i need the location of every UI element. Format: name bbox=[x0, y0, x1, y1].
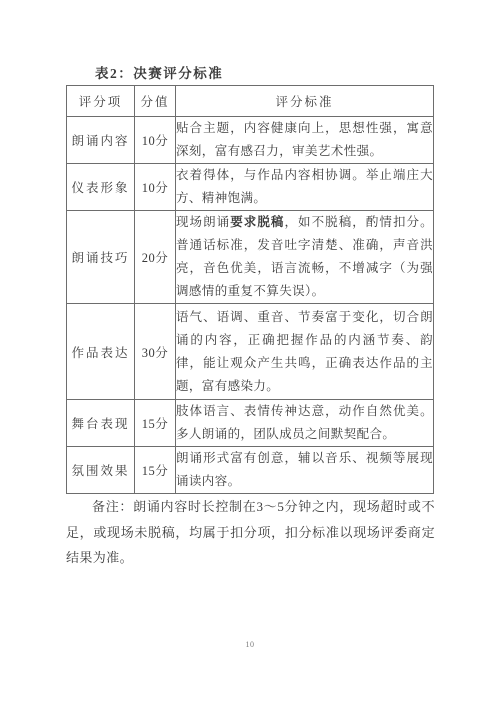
row-score-value: 20分 bbox=[135, 211, 176, 304]
scoring-criteria-table: 评分项 分值 评分标准 朗诵内容 10分 贴合主题，内容健康向上，思想性强，寓意… bbox=[66, 85, 434, 494]
row-criteria-text: 朗诵形式富有创意，辅以音乐、视频等展现诵读内容。 bbox=[176, 447, 434, 494]
header-score: 分值 bbox=[135, 86, 176, 117]
table-row: 氛围效果 15分 朗诵形式富有创意，辅以音乐、视频等展现诵读内容。 bbox=[67, 447, 434, 494]
header-criteria: 评分标准 bbox=[176, 86, 434, 117]
table-row: 朗诵内容 10分 贴合主题，内容健康向上，思想性强，寓意深刻，富有感召力，审美艺… bbox=[67, 117, 434, 164]
row-criteria-text: 衣着得体，与作品内容相协调。举止端庄大方、精神饱满。 bbox=[176, 164, 434, 211]
criteria-segment: 现场朗诵 bbox=[176, 215, 230, 229]
row-score-value: 10分 bbox=[135, 117, 176, 164]
row-item-label: 朗诵技巧 bbox=[67, 211, 135, 304]
document-page: 表2：决赛评分标准 评分项 分值 评分标准 朗诵内容 10分 贴合主题，内容健康… bbox=[0, 0, 500, 707]
table-row: 朗诵技巧 20分 现场朗诵要求脱稿，如不脱稿，酌情扣分。普通话标准，发音吐字清楚… bbox=[67, 211, 434, 304]
row-item-label: 朗诵内容 bbox=[67, 117, 135, 164]
row-criteria-text: 现场朗诵要求脱稿，如不脱稿，酌情扣分。普通话标准，发音吐字清楚、准确，声音洪亮，… bbox=[176, 211, 434, 304]
row-score-value: 15分 bbox=[135, 447, 176, 494]
page-number: 10 bbox=[0, 640, 500, 649]
row-item-label: 作品表达 bbox=[67, 304, 135, 400]
table-header-row: 评分项 分值 评分标准 bbox=[67, 86, 434, 117]
header-item: 评分项 bbox=[67, 86, 135, 117]
row-score-value: 10分 bbox=[135, 164, 176, 211]
row-score-value: 30分 bbox=[135, 304, 176, 400]
row-item-label: 舞台表现 bbox=[67, 400, 135, 447]
row-score-value: 15分 bbox=[135, 400, 176, 447]
row-item-label: 仪表形象 bbox=[67, 164, 135, 211]
row-item-label: 氛围效果 bbox=[67, 447, 135, 494]
table-title: 表2：决赛评分标准 bbox=[95, 62, 223, 82]
table-row: 舞台表现 15分 肢体语言、表情传神达意，动作自然优美。多人朗诵的，团队成员之间… bbox=[67, 400, 434, 447]
row-criteria-text: 贴合主题，内容健康向上，思想性强，寓意深刻，富有感召力，审美艺术性强。 bbox=[176, 117, 434, 164]
row-criteria-text: 肢体语言、表情传神达意，动作自然优美。多人朗诵的，团队成员之间默契配合。 bbox=[176, 400, 434, 447]
criteria-bold-segment: 要求脱稿 bbox=[230, 215, 284, 229]
table-row: 作品表达 30分 语气、语调、重音、节奏富于变化，切合朗诵的内容，正确把握作品的… bbox=[67, 304, 434, 400]
footnote-text: 备注：朗诵内容时长控制在3～5分钟之内，现场超时或不足，或现场未脱稿，均属于扣分… bbox=[66, 494, 435, 571]
table-row: 仪表形象 10分 衣着得体，与作品内容相协调。举止端庄大方、精神饱满。 bbox=[67, 164, 434, 211]
row-criteria-text: 语气、语调、重音、节奏富于变化，切合朗诵的内容，正确把握作品的内涵节奏、韵律，能… bbox=[176, 304, 434, 400]
